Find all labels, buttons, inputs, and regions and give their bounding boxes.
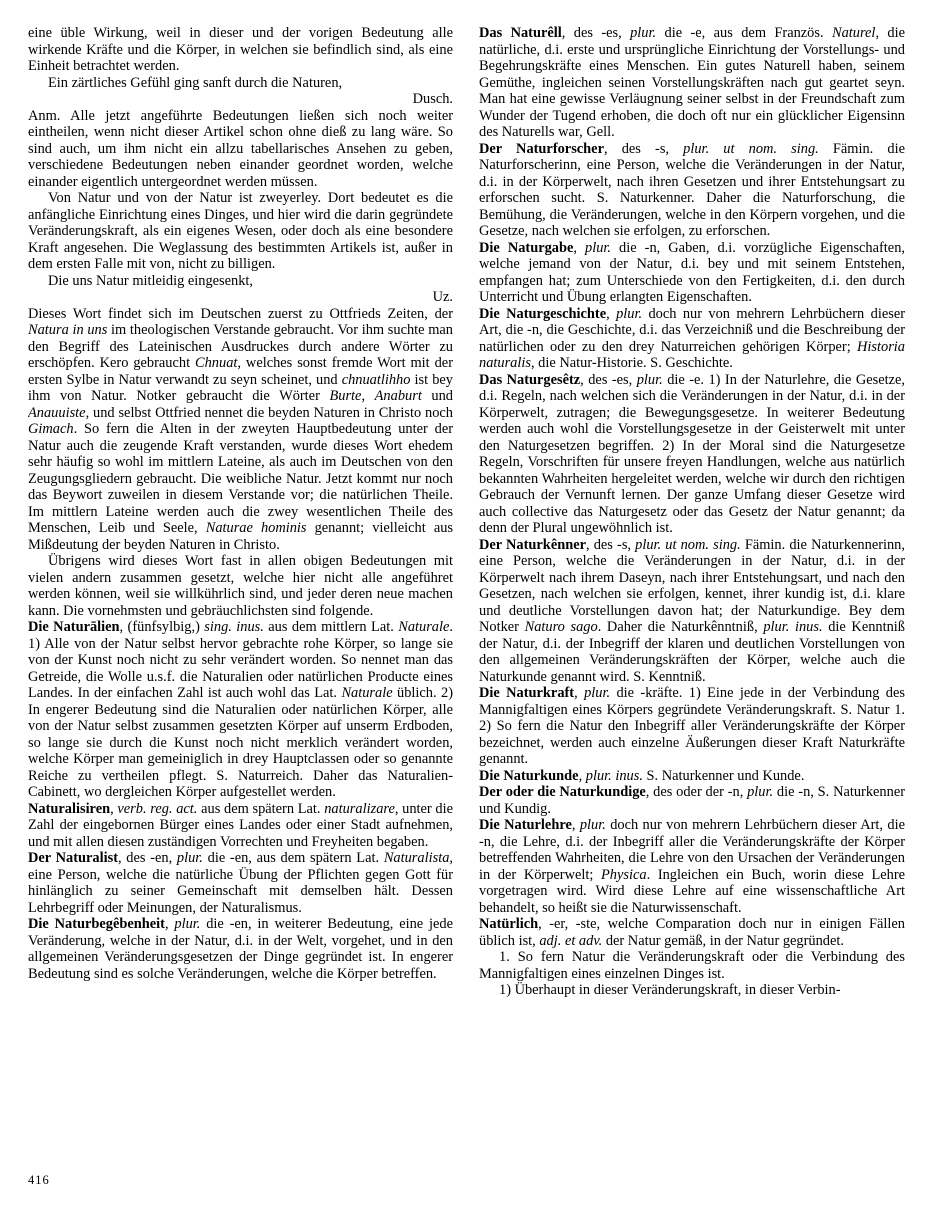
text-run: Naturale xyxy=(341,685,392,701)
left-column: eine üble Wirkung, weil in dieser und de… xyxy=(28,25,453,1175)
text-run: plur. xyxy=(174,916,200,932)
headword: Die Naturgeschichte xyxy=(479,306,606,322)
text-run: naturalizare xyxy=(324,801,395,817)
text-run: sing. inus. xyxy=(204,619,264,635)
paragraph: 1) Überhaupt in dieser Veränderungskraft… xyxy=(479,982,905,999)
text-run: Naturo sago xyxy=(525,619,598,635)
paragraph: 1. So fern Natur die Veränderungskraft o… xyxy=(479,949,905,982)
text-run: . So fern die Alten in der zweyten Haupt… xyxy=(28,421,453,536)
text-run: Naturale xyxy=(398,619,449,635)
entry-naturalisiren: Naturalisiren, verb. reg. act. aus dem s… xyxy=(28,801,453,851)
text-run: Anaburt xyxy=(375,388,422,404)
text-run: Gimach xyxy=(28,421,74,437)
paragraph: eine üble Wirkung, weil in dieser und de… xyxy=(28,25,453,75)
text-run: , xyxy=(579,768,586,784)
text-run: Natura in uns xyxy=(28,322,107,338)
headword: Das Naturgesêtz xyxy=(479,372,580,388)
text-run: plur. xyxy=(630,25,656,41)
text-run: und xyxy=(422,388,453,404)
text-run: die -e, aus dem Französ. xyxy=(656,25,832,41)
text-run: Physica xyxy=(601,867,647,883)
text-run: adj. et adv. xyxy=(539,933,602,949)
headword: Der Naturforscher xyxy=(479,141,604,157)
text-run: , des -s, xyxy=(604,141,683,157)
right-column: Das Naturêll, des -es, plur. die -e, aus… xyxy=(479,25,905,1175)
headword: Der oder die Naturkundige xyxy=(479,784,646,800)
text-run: Naturae hominis xyxy=(206,520,307,536)
entry-naturgeschichte: Die Naturgeschichte, plur. doch nur von … xyxy=(479,306,905,372)
text-run: , xyxy=(573,240,585,256)
text-run: plur. xyxy=(747,784,773,800)
text-run: , xyxy=(361,388,374,404)
headword: Natürlich xyxy=(479,916,538,932)
entry-naturkundige: Der oder die Naturkundige, des oder der … xyxy=(479,784,905,817)
text-run: der Natur gemäß, in der Natur gegründet. xyxy=(602,933,844,949)
text-run: aus dem spätern Lat. xyxy=(197,801,324,817)
text-run: 1) Überhaupt in dieser Veränderungskraft… xyxy=(499,982,841,998)
text-run: Die uns Natur mitleidig eingesenkt, xyxy=(48,273,253,289)
text-run: , des -es, xyxy=(562,25,630,41)
text-run: , xyxy=(606,306,616,322)
text-run: , xyxy=(574,685,584,701)
text-run: Naturalista xyxy=(384,850,450,866)
entry-naturbegebenheit: Die Naturbegêbenheit, plur. die -en, in … xyxy=(28,916,453,982)
entry-naturlehre: Die Naturlehre, plur. doch nur von mehre… xyxy=(479,817,905,916)
attribution-line: Uz. xyxy=(28,289,453,306)
text-run: Uz. xyxy=(433,289,453,305)
entry-naturkraft: Die Naturkraft, plur. die -kräfte. 1) Ei… xyxy=(479,685,905,768)
text-run: plur. xyxy=(637,372,663,388)
text-run: 1. So fern Natur die Veränderungskraft o… xyxy=(479,949,905,982)
entry-naturkunde: Die Naturkunde, plur. inus. S. Naturkenn… xyxy=(479,768,905,785)
headword: Die Naturlehre xyxy=(479,817,572,833)
text-run: aus dem mittlern Lat. xyxy=(264,619,398,635)
text-run: , des oder der -n, xyxy=(646,784,747,800)
text-run: Übrigens wird dieses Wort fast in allen … xyxy=(28,553,453,619)
paragraph: Anm. Alle jetzt angeführte Bedeutungen l… xyxy=(28,108,453,191)
entry-natuerlich: Natürlich, -er, -ste, welche Comparation… xyxy=(479,916,905,949)
headword: Die Naturbegêbenheit xyxy=(28,916,165,932)
text-run: , des -es, xyxy=(580,372,637,388)
entry-naturkenner: Der Naturkênner, des -s, plur. ut nom. s… xyxy=(479,537,905,686)
text-run: S. Naturkenner und Kunde. xyxy=(643,768,804,784)
text-run: eine üble Wirkung, weil in dieser und de… xyxy=(28,25,453,74)
text-run: , die natürliche, d.i. erste und ursprün… xyxy=(479,25,905,140)
headword: Die Naturgabe xyxy=(479,240,573,256)
text-run: plur. xyxy=(584,685,610,701)
entry-naturforscher: Der Naturforscher, des -s, plur. ut nom.… xyxy=(479,141,905,240)
text-run: Dusch. xyxy=(413,91,453,107)
text-run: , des -en, xyxy=(118,850,177,866)
headword: Das Naturêll xyxy=(479,25,562,41)
text-run: plur. xyxy=(580,817,606,833)
paragraph: Dieses Wort findet sich im Deutschen zue… xyxy=(28,306,453,554)
text-run: Ein zärtliches Gefühl ging sanft durch d… xyxy=(48,75,342,91)
text-run: plur. xyxy=(585,240,611,256)
paragraph: Ein zärtliches Gefühl ging sanft durch d… xyxy=(28,75,453,92)
entry-naturgabe: Die Naturgabe, plur. die -n, Gaben, d.i.… xyxy=(479,240,905,306)
headword: Naturalisiren xyxy=(28,801,110,817)
page-number: 416 xyxy=(28,1172,50,1189)
text-run: , die Natur-Historie. S. Geschichte. xyxy=(531,355,733,371)
text-run: Anm. Alle jetzt angeführte Bedeutungen l… xyxy=(28,108,453,190)
text-run: plur. inus. xyxy=(586,768,643,784)
headword: Die Naturālien xyxy=(28,619,120,635)
text-run: Dieses Wort findet sich im Deutschen zue… xyxy=(28,306,453,322)
text-run: plur. ut nom. sing. xyxy=(683,141,819,157)
text-run: verb. reg. act. xyxy=(117,801,197,817)
text-run: , (fünfsylbig,) xyxy=(120,619,205,635)
text-run: Chnuat xyxy=(195,355,237,371)
text-run: , xyxy=(165,916,174,932)
text-run: , xyxy=(572,817,580,833)
text-run: plur. ut nom. sing. xyxy=(635,537,741,553)
paragraph: Übrigens wird dieses Wort fast in allen … xyxy=(28,553,453,619)
text-run: , und selbst Ottfried nennet die beyden … xyxy=(86,405,453,421)
dictionary-page: eine üble Wirkung, weil in dieser und de… xyxy=(0,0,935,1210)
headword: Der Naturalist xyxy=(28,850,118,866)
attribution-line: Dusch. xyxy=(28,91,453,108)
text-run: Naturel xyxy=(832,25,875,41)
text-run: die -e. 1) In der Naturlehre, die Gesetz… xyxy=(479,372,905,537)
text-run: üblich. 2) In engerer Bedeutung sind die… xyxy=(28,685,453,800)
entry-naturell: Das Naturêll, des -es, plur. die -e, aus… xyxy=(479,25,905,141)
headword: Die Naturkraft xyxy=(479,685,574,701)
paragraph: Die uns Natur mitleidig eingesenkt, xyxy=(28,273,453,290)
text-run: Anauuiste xyxy=(28,405,86,421)
entry-naturgesetz: Das Naturgesêtz, des -es, plur. die -e. … xyxy=(479,372,905,537)
text-run: Von Natur und von der Natur ist zweyerle… xyxy=(28,190,453,272)
text-run: , des -s, xyxy=(586,537,635,553)
text-run: Burte xyxy=(329,388,361,404)
headword: Der Naturkênner xyxy=(479,537,586,553)
headword: Die Naturkunde xyxy=(479,768,579,784)
text-run: plur. xyxy=(177,850,203,866)
text-run: chnuatlihho xyxy=(342,372,411,388)
entry-naturalist: Der Naturalist, des -en, plur. die -en, … xyxy=(28,850,453,916)
text-run: plur. xyxy=(616,306,642,322)
entry-naturalien: Die Naturālien, (fünfsylbig,) sing. inus… xyxy=(28,619,453,801)
paragraph: Von Natur und von der Natur ist zweyerle… xyxy=(28,190,453,273)
text-run: plur. inus. xyxy=(763,619,822,635)
text-run: . Daher die Naturkênntniß, xyxy=(598,619,764,635)
text-run: die -en, aus dem spätern Lat. xyxy=(203,850,384,866)
